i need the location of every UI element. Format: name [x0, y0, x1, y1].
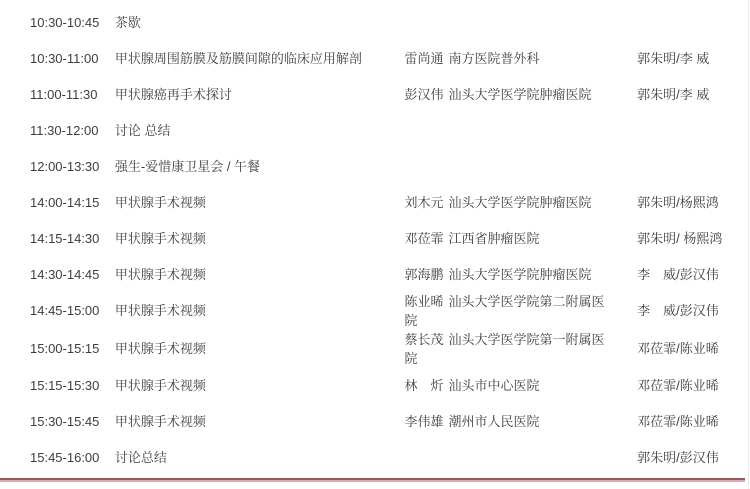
- session-title: 讨论 总结: [115, 122, 405, 141]
- speaker-cell: [404, 14, 637, 33]
- time-slot: 10:30-10:45: [30, 14, 115, 33]
- speaker-name: 邓莅霏: [404, 231, 443, 246]
- speaker-cell: 彭汉伟汕头大学医学院肿瘤医院: [404, 86, 637, 105]
- speaker-name: 郭海鹏: [404, 267, 443, 282]
- schedule-row: 11:30-12:00 讨论 总结: [0, 113, 748, 149]
- chairs-cell: 邓莅霏/陈业晞: [637, 377, 748, 396]
- speaker-cell: 陈业晞汕头大学医学院第二附属医院: [404, 293, 637, 331]
- speaker-name: 雷尚通: [404, 51, 443, 66]
- schedule-row: 14:15-14:30 甲状腺手术视频 邓莅霏江西省肿瘤医院 郭朱明/ 杨熙鸿: [0, 221, 748, 257]
- chairs-cell: 李 威/彭汉伟: [637, 302, 748, 321]
- session-title: 强生-爱惜康卫星会 / 午餐: [115, 158, 405, 177]
- speaker-cell: 蔡长茂汕头大学医学院第一附属医院: [404, 331, 637, 369]
- session-title: 甲状腺手术视频: [115, 266, 405, 285]
- speaker-affiliation: 汕头市中心医院: [448, 378, 539, 393]
- time-slot: 15:30-15:45: [30, 413, 115, 432]
- schedule-row: 14:45-15:00 甲状腺手术视频 陈业晞汕头大学医学院第二附属医院 李 威…: [0, 293, 748, 331]
- session-title: 茶歇: [115, 14, 405, 33]
- session-title: 甲状腺周围筋膜及筋膜间隙的临床应用解剖: [115, 50, 405, 69]
- time-slot: 14:30-14:45: [30, 266, 115, 285]
- session-title: 甲状腺癌再手术探讨: [115, 86, 405, 105]
- time-slot: 15:15-15:30: [30, 377, 115, 396]
- speaker-name: 彭汉伟: [404, 87, 443, 102]
- schedule-row: 15:30-15:45 甲状腺手术视频 李伟雄潮州市人民医院 邓莅霏/陈业晞: [0, 404, 748, 440]
- speaker-cell: [404, 122, 637, 141]
- speaker-name: 陈业晞: [404, 294, 443, 309]
- speaker-cell: 邓莅霏江西省肿瘤医院: [404, 230, 637, 249]
- speaker-affiliation: 南方医院普外科: [448, 51, 539, 66]
- speaker-cell: 郭海鹏汕头大学医学院肿瘤医院: [404, 266, 637, 285]
- time-slot: 10:30-11:00: [30, 50, 115, 69]
- time-slot: 14:00-14:15: [30, 194, 115, 213]
- time-slot: 14:45-15:00: [30, 302, 115, 321]
- schedule-table: 10:30-10:45 茶歇 10:30-11:00 甲状腺周围筋膜及筋膜间隙的…: [0, 0, 748, 476]
- conference-program-page: 10:30-10:45 茶歇 10:30-11:00 甲状腺周围筋膜及筋膜间隙的…: [0, 0, 749, 489]
- chairs-cell: 李 威/彭汉伟: [637, 266, 748, 285]
- bottom-border-rule: [0, 478, 745, 482]
- schedule-row: 15:00-15:15 甲状腺手术视频 蔡长茂汕头大学医学院第一附属医院 邓莅霏…: [0, 331, 748, 369]
- chairs-cell: 郭朱明/李 威: [637, 86, 748, 105]
- speaker-affiliation: 潮州市人民医院: [448, 414, 539, 429]
- session-title: 甲状腺手术视频: [115, 340, 405, 359]
- chairs-cell: 郭朱明/李 威: [637, 50, 748, 69]
- schedule-row: 10:30-11:00 甲状腺周围筋膜及筋膜间隙的临床应用解剖 雷尚通南方医院普…: [0, 41, 748, 77]
- speaker-name: 蔡长茂: [404, 332, 443, 347]
- time-slot: 11:00-11:30: [30, 86, 115, 105]
- time-slot: 15:00-15:15: [30, 340, 115, 359]
- chairs-cell: 邓莅霏/陈业晞: [637, 413, 748, 432]
- schedule-row: 15:15-15:30 甲状腺手术视频 林 炘汕头市中心医院 邓莅霏/陈业晞: [0, 368, 748, 404]
- time-slot: 12:00-13:30: [30, 158, 115, 177]
- speaker-affiliation: 汕头大学医学院肿瘤医院: [448, 267, 591, 282]
- speaker-cell: [404, 158, 637, 177]
- schedule-row: 14:30-14:45 甲状腺手术视频 郭海鹏汕头大学医学院肿瘤医院 李 威/彭…: [0, 257, 748, 293]
- schedule-row: 10:30-10:45 茶歇: [0, 5, 748, 41]
- chairs-cell: 郭朱明/ 杨熙鸿: [637, 230, 748, 249]
- speaker-cell: 雷尚通南方医院普外科: [404, 50, 637, 69]
- time-slot: 14:15-14:30: [30, 230, 115, 249]
- speaker-cell: 林 炘汕头市中心医院: [404, 377, 637, 396]
- chairs-cell: 郭朱明/杨熙鸿: [637, 194, 748, 213]
- schedule-row: 14:00-14:15 甲状腺手术视频 刘木元汕头大学医学院肿瘤医院 郭朱明/杨…: [0, 185, 748, 221]
- schedule-row: 15:45-16:00 讨论总结 郭朱明/彭汉伟: [0, 440, 748, 476]
- time-slot: 11:30-12:00: [30, 122, 115, 141]
- session-title: 甲状腺手术视频: [115, 413, 405, 432]
- speaker-cell: 李伟雄潮州市人民医院: [404, 413, 637, 432]
- chairs-cell: 邓莅霏/陈业晞: [637, 340, 748, 359]
- speaker-name: 刘木元: [404, 195, 443, 210]
- speaker-name: 李伟雄: [404, 414, 443, 429]
- session-title: 讨论总结: [115, 449, 405, 468]
- session-title: 甲状腺手术视频: [115, 377, 405, 396]
- chairs-cell: 郭朱明/彭汉伟: [637, 449, 748, 468]
- speaker-affiliation: 江西省肿瘤医院: [448, 231, 539, 246]
- speaker-cell: 刘木元汕头大学医学院肿瘤医院: [404, 194, 637, 213]
- session-title: 甲状腺手术视频: [115, 302, 405, 321]
- time-slot: 15:45-16:00: [30, 449, 115, 468]
- schedule-row: 12:00-13:30 强生-爱惜康卫星会 / 午餐: [0, 149, 748, 185]
- session-title: 甲状腺手术视频: [115, 230, 405, 249]
- speaker-affiliation: 汕头大学医学院肿瘤医院: [448, 87, 591, 102]
- session-title: 甲状腺手术视频: [115, 194, 405, 213]
- speaker-cell: [404, 449, 637, 468]
- speaker-affiliation: 汕头大学医学院肿瘤医院: [448, 195, 591, 210]
- speaker-name: 林 炘: [404, 378, 443, 393]
- schedule-row: 11:00-11:30 甲状腺癌再手术探讨 彭汉伟汕头大学医学院肿瘤医院 郭朱明…: [0, 77, 748, 113]
